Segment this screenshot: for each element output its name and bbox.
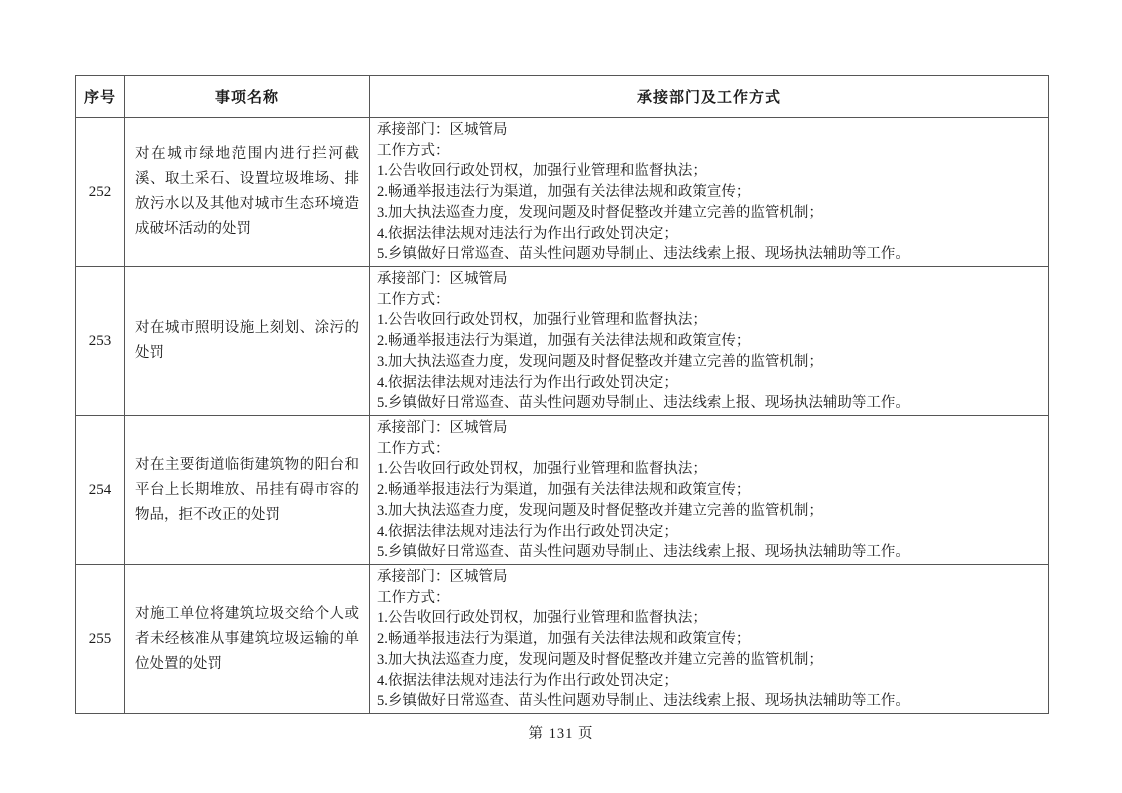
work-item-4: 4.依据法律法规对违法行为作出行政处罚决定； xyxy=(377,671,1040,692)
work-item-5: 5.乡镇做好日常巡查、苗头性问题劝导制止、违法线索上报、现场执法辅助等工作。 xyxy=(377,691,1040,712)
serial-number: 254 xyxy=(76,416,125,565)
work-item-3: 3.加大执法巡查力度，发现问题及时督促整改并建立完善的监管机制； xyxy=(377,650,1040,671)
work-item-5: 5.乡镇做好日常巡查、苗头性问题劝导制止、违法线索上报、现场执法辅助等工作。 xyxy=(377,244,1040,265)
work-item-5: 5.乡镇做好日常巡查、苗头性问题劝导制止、违法线索上报、现场执法辅助等工作。 xyxy=(377,542,1040,563)
department-workmode-cell: 承接部门：区城管局 工作方式： 1.公告收回行政处罚权，加强行业管理和监督执法；… xyxy=(370,267,1049,416)
department-line: 承接部门：区城管局 xyxy=(377,418,1040,439)
department-workmode-cell: 承接部门：区城管局 工作方式： 1.公告收回行政处罚权，加强行业管理和监督执法；… xyxy=(370,416,1049,565)
table-row-252: 252 对在城市绿地范围内进行拦河截溪、取土采石、设置垃圾堆场、排放污水以及其他… xyxy=(76,118,1049,267)
work-item-3: 3.加大执法巡查力度，发现问题及时督促整改并建立完善的监管机制； xyxy=(377,203,1040,224)
header-serial-number: 序号 xyxy=(76,76,125,118)
department-workmode-cell: 承接部门：区城管局 工作方式： 1.公告收回行政处罚权，加强行业管理和监督执法；… xyxy=(370,565,1049,714)
item-name: 对在城市照明设施上刻划、涂污的处罚 xyxy=(125,267,370,416)
work-item-2: 2.畅通举报违法行为渠道，加强有关法律法规和政策宣传； xyxy=(377,629,1040,650)
header-department-workmode: 承接部门及工作方式 xyxy=(370,76,1049,118)
table-row-254: 254 对在主要街道临街建筑物的阳台和平台上长期堆放、吊挂有碍市容的物品，拒不改… xyxy=(76,416,1049,565)
table-row-253: 253 对在城市照明设施上刻划、涂污的处罚 承接部门：区城管局 工作方式： 1.… xyxy=(76,267,1049,416)
work-item-5: 5.乡镇做好日常巡查、苗头性问题劝导制止、违法线索上报、现场执法辅助等工作。 xyxy=(377,393,1040,414)
department-workmode-cell: 承接部门：区城管局 工作方式： 1.公告收回行政处罚权，加强行业管理和监督执法；… xyxy=(370,118,1049,267)
work-item-4: 4.依据法律法规对违法行为作出行政处罚决定； xyxy=(377,373,1040,394)
serial-number: 252 xyxy=(76,118,125,267)
work-mode-label: 工作方式： xyxy=(377,141,1040,162)
table-row-255: 255 对施工单位将建筑垃圾交给个人或者未经核准从事建筑垃圾运输的单位处置的处罚… xyxy=(76,565,1049,714)
work-item-1: 1.公告收回行政处罚权，加强行业管理和监督执法； xyxy=(377,459,1040,480)
penalty-items-table: 序号 事项名称 承接部门及工作方式 252 对在城市绿地范围内进行拦河截溪、取土… xyxy=(75,75,1049,714)
work-mode-label: 工作方式： xyxy=(377,439,1040,460)
work-item-1: 1.公告收回行政处罚权，加强行业管理和监督执法； xyxy=(377,608,1040,629)
serial-number: 253 xyxy=(76,267,125,416)
work-item-3: 3.加大执法巡查力度，发现问题及时督促整改并建立完善的监管机制； xyxy=(377,501,1040,522)
work-item-2: 2.畅通举报违法行为渠道，加强有关法律法规和政策宣传； xyxy=(377,182,1040,203)
work-item-1: 1.公告收回行政处罚权，加强行业管理和监督执法； xyxy=(377,310,1040,331)
work-item-2: 2.畅通举报违法行为渠道，加强有关法律法规和政策宣传； xyxy=(377,480,1040,501)
department-line: 承接部门：区城管局 xyxy=(377,120,1040,141)
page-number-footer: 第 131 页 xyxy=(0,722,1122,743)
item-name: 对在城市绿地范围内进行拦河截溪、取土采石、设置垃圾堆场、排放污水以及其他对城市生… xyxy=(125,118,370,267)
serial-number: 255 xyxy=(76,565,125,714)
document-page: 序号 事项名称 承接部门及工作方式 252 对在城市绿地范围内进行拦河截溪、取土… xyxy=(0,0,1122,793)
item-name: 对施工单位将建筑垃圾交给个人或者未经核准从事建筑垃圾运输的单位处置的处罚 xyxy=(125,565,370,714)
work-item-3: 3.加大执法巡查力度，发现问题及时督促整改并建立完善的监管机制； xyxy=(377,352,1040,373)
work-item-2: 2.畅通举报违法行为渠道，加强有关法律法规和政策宣传； xyxy=(377,331,1040,352)
work-item-1: 1.公告收回行政处罚权，加强行业管理和监督执法； xyxy=(377,161,1040,182)
table-header-row: 序号 事项名称 承接部门及工作方式 xyxy=(76,76,1049,118)
department-line: 承接部门：区城管局 xyxy=(377,269,1040,290)
header-item-name: 事项名称 xyxy=(125,76,370,118)
work-mode-label: 工作方式： xyxy=(377,290,1040,311)
work-mode-label: 工作方式： xyxy=(377,588,1040,609)
department-line: 承接部门：区城管局 xyxy=(377,567,1040,588)
work-item-4: 4.依据法律法规对违法行为作出行政处罚决定； xyxy=(377,224,1040,245)
item-name: 对在主要街道临街建筑物的阳台和平台上长期堆放、吊挂有碍市容的物品，拒不改正的处罚 xyxy=(125,416,370,565)
work-item-4: 4.依据法律法规对违法行为作出行政处罚决定； xyxy=(377,522,1040,543)
